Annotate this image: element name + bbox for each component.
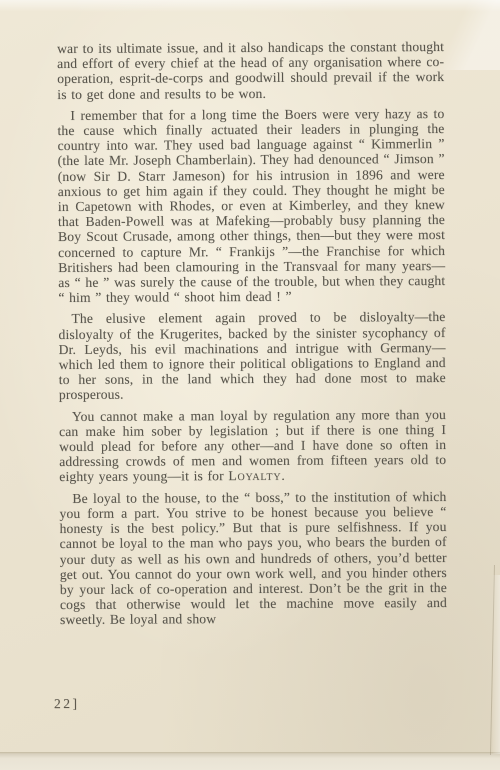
paragraph: The elusive element again proved to be d… <box>58 309 445 402</box>
page-right-edge-highlight <box>493 575 500 754</box>
paragraph: Be loyal to the house, to the “ boss,” t… <box>59 489 447 628</box>
page-text-block: war to its ultimate issue, and it also h… <box>57 39 447 634</box>
page-bottom-edge <box>0 752 500 770</box>
paragraph: I remember that for a long time the Boer… <box>57 106 445 306</box>
paragraph-text: . <box>281 468 285 483</box>
page-number: 22] <box>54 696 80 712</box>
scanned-book-page: war to its ultimate issue, and it also h… <box>0 0 500 770</box>
paragraph: war to its ultimate issue, and it also h… <box>57 39 444 102</box>
paragraph: You cannot make a man loyal by regulatio… <box>59 407 446 485</box>
loyalty-smallcaps-text: Loyalty <box>228 468 281 483</box>
